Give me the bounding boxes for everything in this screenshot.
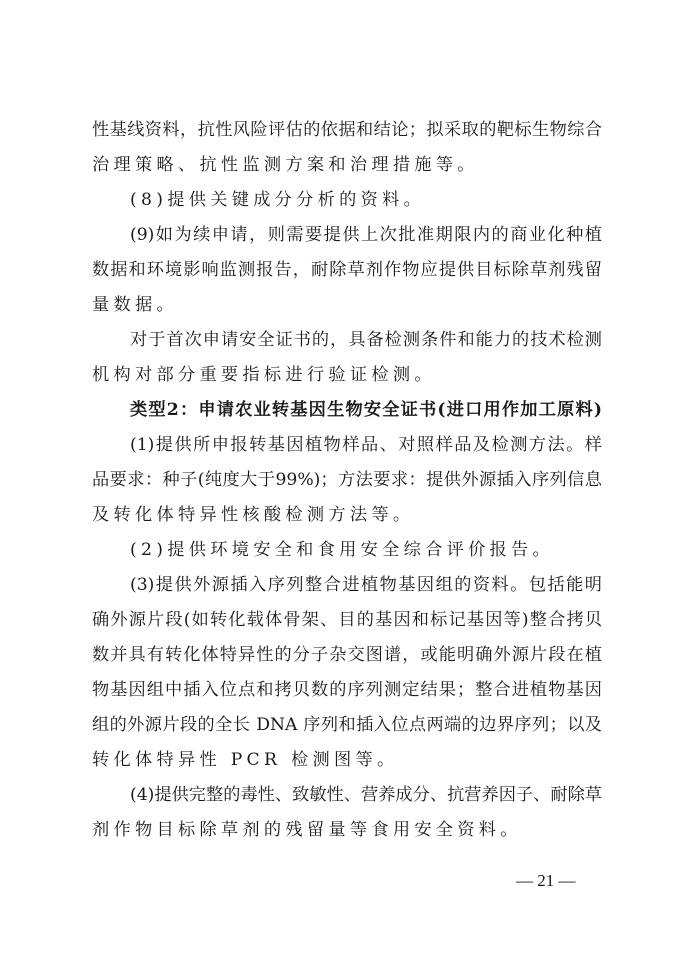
text-line: 量数据。 [92,288,602,323]
text-line: 转化体特异性 PCR 检测图等。 [92,743,602,778]
text-line: (4)提供完整的毒性、致敏性、营养成分、抗营养因子、耐除草 [92,778,602,813]
text-line: 对于首次申请安全证书的，具备检测条件和能力的技术检测 [92,323,602,358]
text-line: 机构对部分重要指标进行验证检测。 [92,358,602,393]
section-heading: 类型2：申请农业转基因生物安全证书(进口用作加工原料) [92,393,602,428]
text-line: 确外源片段(如转化载体骨架、目的基因和标记基因等)整合拷贝 [92,603,602,638]
text-line: 物基因组中插入位点和拷贝数的序列测定结果；整合进植物基因 [92,673,602,708]
text-line: 性基线资料，抗性风险评估的依据和结论；拟采取的靶标生物综合 [92,113,602,148]
text-line: 数并具有转化体特异性的分子杂交图谱，或能明确外源片段在植 [92,638,602,673]
text-line: (3)提供外源插入序列整合进植物基因组的资料。包括能明 [92,568,602,603]
text-line: (2)提供环境安全和食用安全综合评价报告。 [92,533,602,568]
text-line: 组的外源片段的全长 DNA 序列和插入位点两端的边界序列；以及 [92,708,602,743]
text-line: (1)提供所申报转基因植物样品、对照样品及检测方法。样 [92,428,602,463]
text-line: 及转化体特异性核酸检测方法等。 [92,498,602,533]
text-line: 数据和环境影响监测报告，耐除草剂作物应提供目标除草剂残留 [92,253,602,288]
page-number: — 21 — [516,871,576,891]
document-body: 性基线资料，抗性风险评估的依据和结论；拟采取的靶标生物综合 治理策略、抗性监测方… [92,113,602,848]
text-line: 剂作物目标除草剂的残留量等食用安全资料。 [92,813,602,848]
text-line: 治理策略、抗性监测方案和治理措施等。 [92,148,602,183]
text-line: (8)提供关键成分分析的资料。 [92,183,602,218]
text-line: (9)如为续申请，则需要提供上次批准期限内的商业化种植 [92,218,602,253]
text-line: 品要求：种子(纯度大于99%)；方法要求：提供外源插入序列信息 [92,463,602,498]
